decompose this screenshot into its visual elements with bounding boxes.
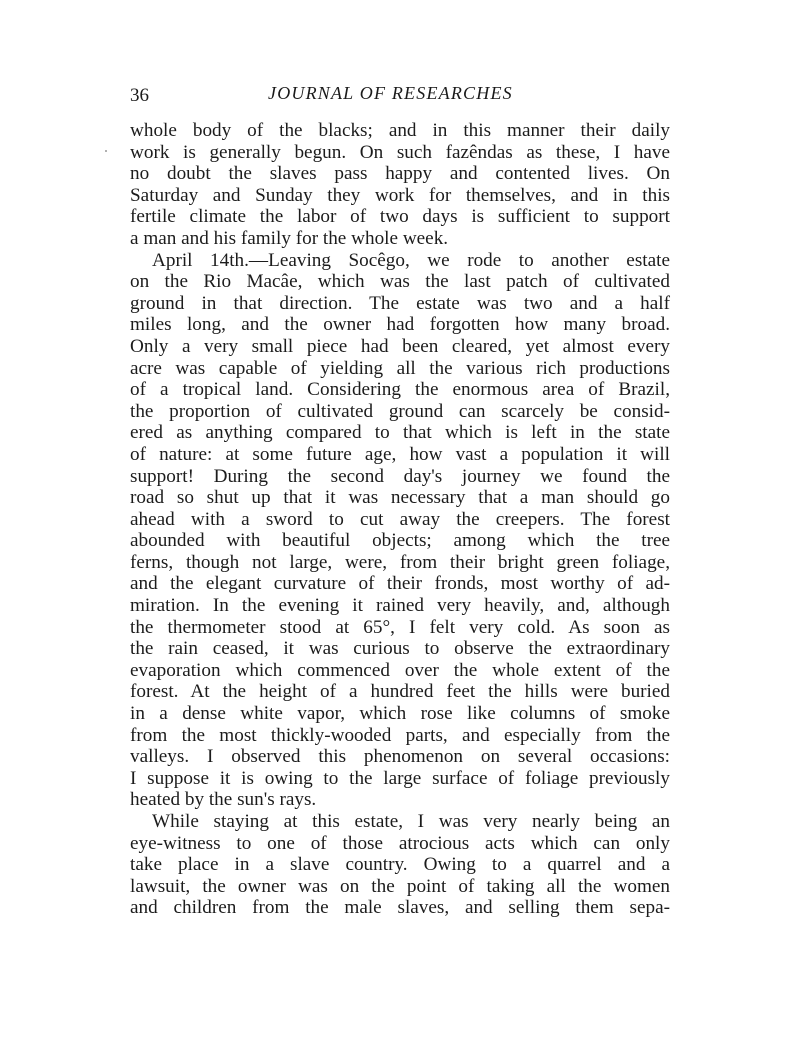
text-line: Saturday and Sunday they work for themse… <box>130 185 670 207</box>
text-line: whole body of the blacks; and in this ma… <box>130 120 670 142</box>
text-line: support! During the second day's journey… <box>130 466 670 488</box>
text-line: eye-witness to one of those atrocious ac… <box>130 833 670 855</box>
text-line: and children from the male slaves, and s… <box>130 897 670 919</box>
paragraph-start-line: April 14th.—Leaving Socêgo, we rode to a… <box>130 250 670 272</box>
text-line: of nature: at some future age, how vast … <box>130 444 670 466</box>
text-line: on the Rio Macâe, which was the last pat… <box>130 271 670 293</box>
text-line: ferns, though not large, were, from thei… <box>130 552 670 574</box>
text-line: from the most thickly-wooded parts, and … <box>130 725 670 747</box>
page-number: 36 <box>130 84 149 108</box>
text-line: Only a very small piece had been cleared… <box>130 336 670 358</box>
body-text: whole body of the blacks; and in this ma… <box>130 120 670 919</box>
book-page: 36 JOURNAL OF RESEARCHES whole body of t… <box>0 0 800 1050</box>
paragraph-start-line: While staying at this estate, I was very… <box>130 811 670 833</box>
text-line: acre was capable of yielding all the var… <box>130 358 670 380</box>
text-line: and the elegant curvature of their frond… <box>130 573 670 595</box>
text-line: in a dense white vapor, which rose like … <box>130 703 670 725</box>
text-line: a man and his family for the whole week. <box>130 228 670 250</box>
text-line: lawsuit, the owner was on the point of t… <box>130 876 670 898</box>
text-line: road so shut up that it was necessary th… <box>130 487 670 509</box>
text-line: evaporation which commenced over the who… <box>130 660 670 682</box>
text-line: the rain ceased, it was curious to obser… <box>130 638 670 660</box>
text-line: ahead with a sword to cut away the creep… <box>130 509 670 531</box>
text-line: abounded with beautiful objects; among w… <box>130 530 670 552</box>
text-line: miration. In the evening it rained very … <box>130 595 670 617</box>
text-line: I suppose it is owing to the large surfa… <box>130 768 670 790</box>
text-line: fertile climate the labor of two days is… <box>130 206 670 228</box>
text-line: miles long, and the owner had forgotten … <box>130 314 670 336</box>
text-line: ered as anything compared to that which … <box>130 422 670 444</box>
text-line: the thermometer stood at 65°, I felt ver… <box>130 617 670 639</box>
running-head: 36 JOURNAL OF RESEARCHES <box>130 84 670 108</box>
text-line: the proportion of cultivated ground can … <box>130 401 670 423</box>
text-line: heated by the sun's rays. <box>130 789 670 811</box>
text-line: valleys. I observed this phenomenon on s… <box>130 746 670 768</box>
running-title: JOURNAL OF RESEARCHES <box>268 81 513 105</box>
text-line: take place in a slave country. Owing to … <box>130 854 670 876</box>
text-line: ground in that direction. The estate was… <box>130 293 670 315</box>
scan-speck <box>105 150 107 152</box>
text-line: forest. At the height of a hundred feet … <box>130 681 670 703</box>
text-line: no doubt the slaves pass happy and conte… <box>130 163 670 185</box>
text-line: work is generally begun. On such fazênda… <box>130 142 670 164</box>
text-line: of a tropical land. Considering the enor… <box>130 379 670 401</box>
